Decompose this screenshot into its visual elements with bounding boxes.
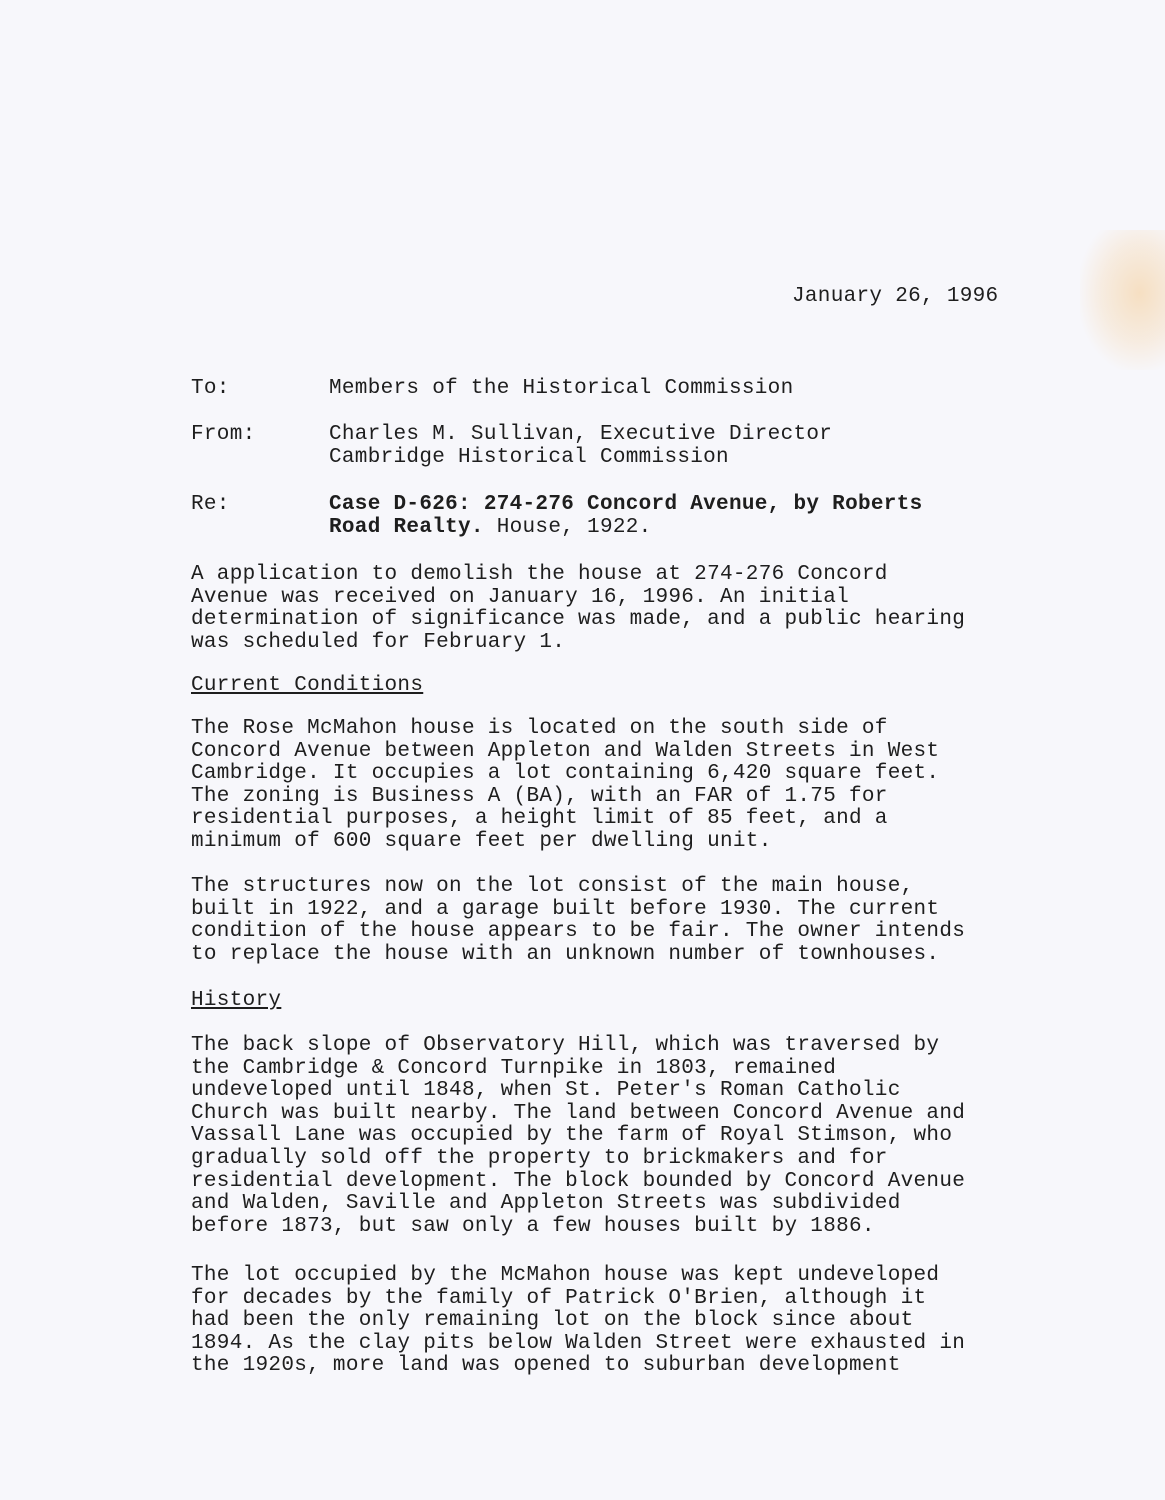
intro-paragraph: A application to demolish the house at 2… [191, 564, 965, 654]
from-line-1: Charles M. Sullivan, Executive Director [329, 424, 832, 447]
history-heading: History [191, 989, 281, 1012]
conditions-paragraph-2: The structures now on the lot consist of… [191, 876, 965, 966]
re-subject-normal: House, 1922. [484, 516, 652, 539]
re-subject-bold: Road Realty. [329, 516, 484, 539]
history-paragraph-1: The back slope of Observatory Hill, whic… [191, 1035, 965, 1238]
memo-page: January 26, 1996 To: Members of the Hist… [0, 0, 1165, 1500]
memo-date: January 26, 1996 [792, 286, 998, 309]
current-conditions-heading: Current Conditions [191, 674, 423, 697]
conditions-paragraph-1: The Rose McMahon house is located on the… [191, 718, 939, 854]
re-subject-line-1: Case D-626: 274-276 Concord Avenue, by R… [329, 494, 923, 517]
history-paragraph-2: The lot occupied by the McMahon house wa… [191, 1265, 965, 1378]
from-label: From: [191, 424, 256, 447]
re-subject-line-2: Road Realty. House, 1922. [329, 517, 652, 540]
from-line-2: Cambridge Historical Commission [329, 447, 729, 470]
re-label: Re: [191, 494, 230, 517]
to-label: To: [191, 378, 230, 401]
to-value: Members of the Historical Commission [329, 378, 793, 401]
